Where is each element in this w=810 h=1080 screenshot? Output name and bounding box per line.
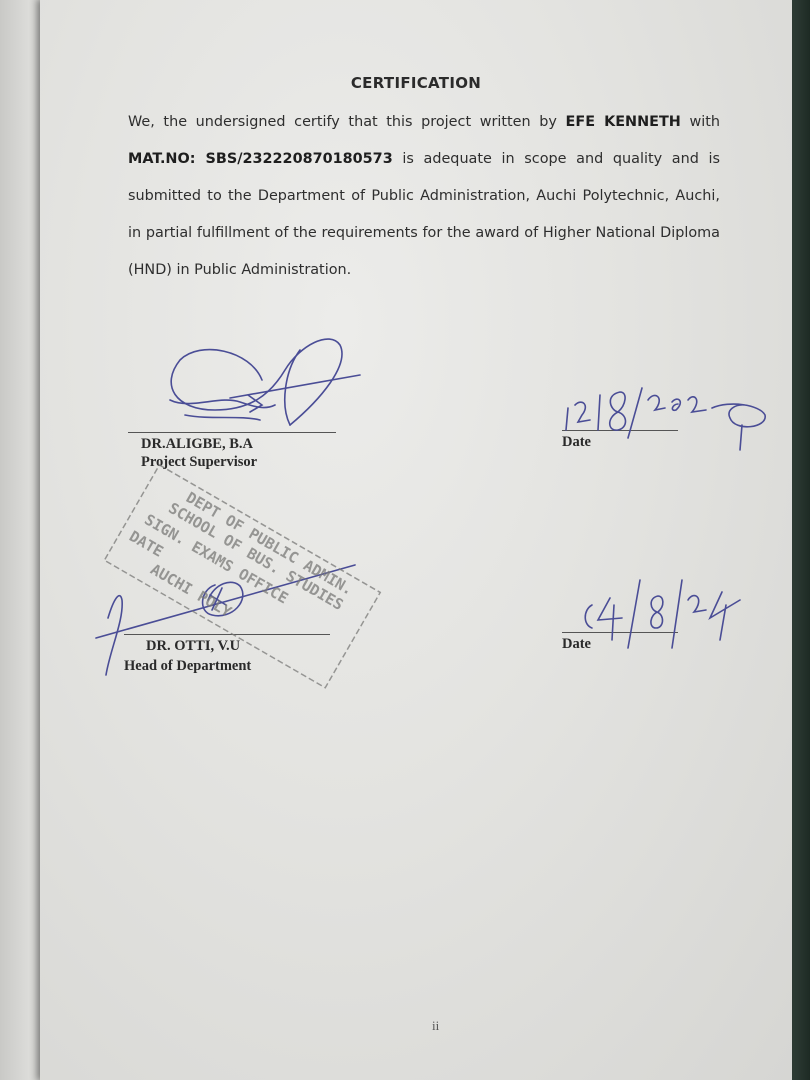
department-stamp: DEPT OF PUBLIC ADMIN. SCHOOL OF BUS. STU…	[104, 465, 380, 688]
supervisor-signature	[170, 339, 360, 425]
supervisor-handwritten-date	[566, 388, 765, 450]
hod-handwritten-date	[585, 580, 740, 648]
ink-overlay: DEPT OF PUBLIC ADMIN. SCHOOL OF BUS. STU…	[0, 0, 810, 1080]
